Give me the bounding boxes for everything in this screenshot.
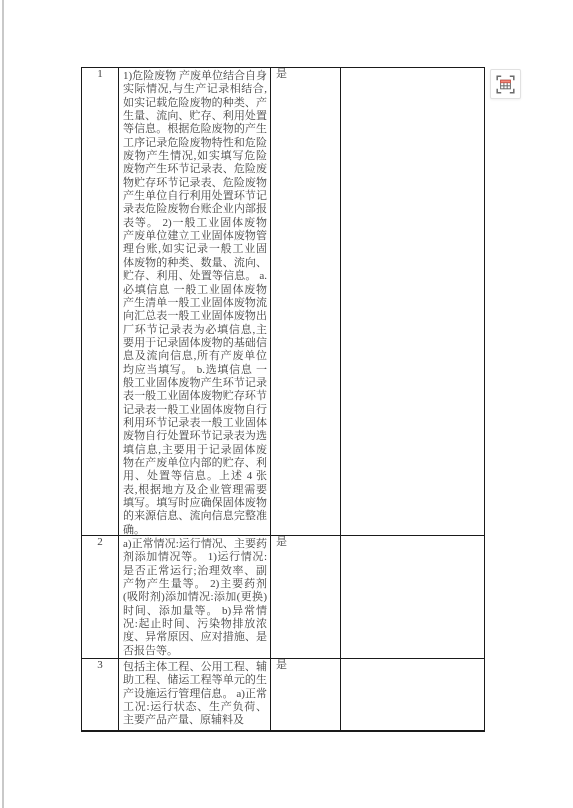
- table-tool-button[interactable]: [490, 69, 521, 99]
- row-blank-cell: [341, 659, 485, 731]
- row-answer-cell: 是: [271, 536, 341, 659]
- table-scan-icon: [496, 75, 515, 94]
- row-content-cell: a)正常情况:运行情况、主要药剂添加情况等。 1)运行情况:是否正常运行;治理效…: [119, 536, 271, 659]
- row-answer-cell: 是: [271, 659, 341, 731]
- row-answer-text: 是: [271, 68, 340, 81]
- row-number-cell: 2: [82, 536, 119, 659]
- row-content-cell: 1)危险废物 产废单位结合自身实际情况,与生产记录相结合,如实记载危险废物的种类…: [119, 68, 271, 536]
- row-content-text: a)正常情况:运行情况、主要药剂添加情况等。 1)运行情况:是否正常运行;治理效…: [119, 536, 270, 658]
- page-edge-line: [2, 0, 4, 808]
- row-answer-cell: 是: [271, 68, 341, 536]
- row-content-cell: 包括主体工程、公用工程、辅助工程、储运工程等单元的生产设施运行管理信息。 a)正…: [119, 659, 271, 731]
- row-number-cell: 3: [82, 659, 119, 731]
- table-row: 2 a)正常情况:运行情况、主要药剂添加情况等。 1)运行情况:是否正常运行;治…: [82, 536, 485, 659]
- row-answer-text: 是: [271, 659, 340, 672]
- row-number-cell: 1: [82, 68, 119, 536]
- row-blank-cell: [341, 536, 485, 659]
- row-answer-text: 是: [271, 536, 340, 549]
- row-content-text: 包括主体工程、公用工程、辅助工程、储运工程等单元的生产设施运行管理信息。 a)正…: [119, 659, 270, 729]
- table-row: 3 包括主体工程、公用工程、辅助工程、储运工程等单元的生产设施运行管理信息。 a…: [82, 659, 485, 731]
- requirements-table: 1 1)危险废物 产废单位结合自身实际情况,与生产记录相结合,如实记载危险废物的…: [81, 67, 485, 732]
- row-content-text: 1)危险废物 产废单位结合自身实际情况,与生产记录相结合,如实记载危险废物的种类…: [119, 68, 270, 535]
- table-row: 1 1)危险废物 产废单位结合自身实际情况,与生产记录相结合,如实记载危险废物的…: [82, 68, 485, 536]
- row-blank-cell: [341, 68, 485, 536]
- document-page: 1 1)危险废物 产废单位结合自身实际情况,与生产记录相结合,如实记载危险废物的…: [0, 0, 573, 808]
